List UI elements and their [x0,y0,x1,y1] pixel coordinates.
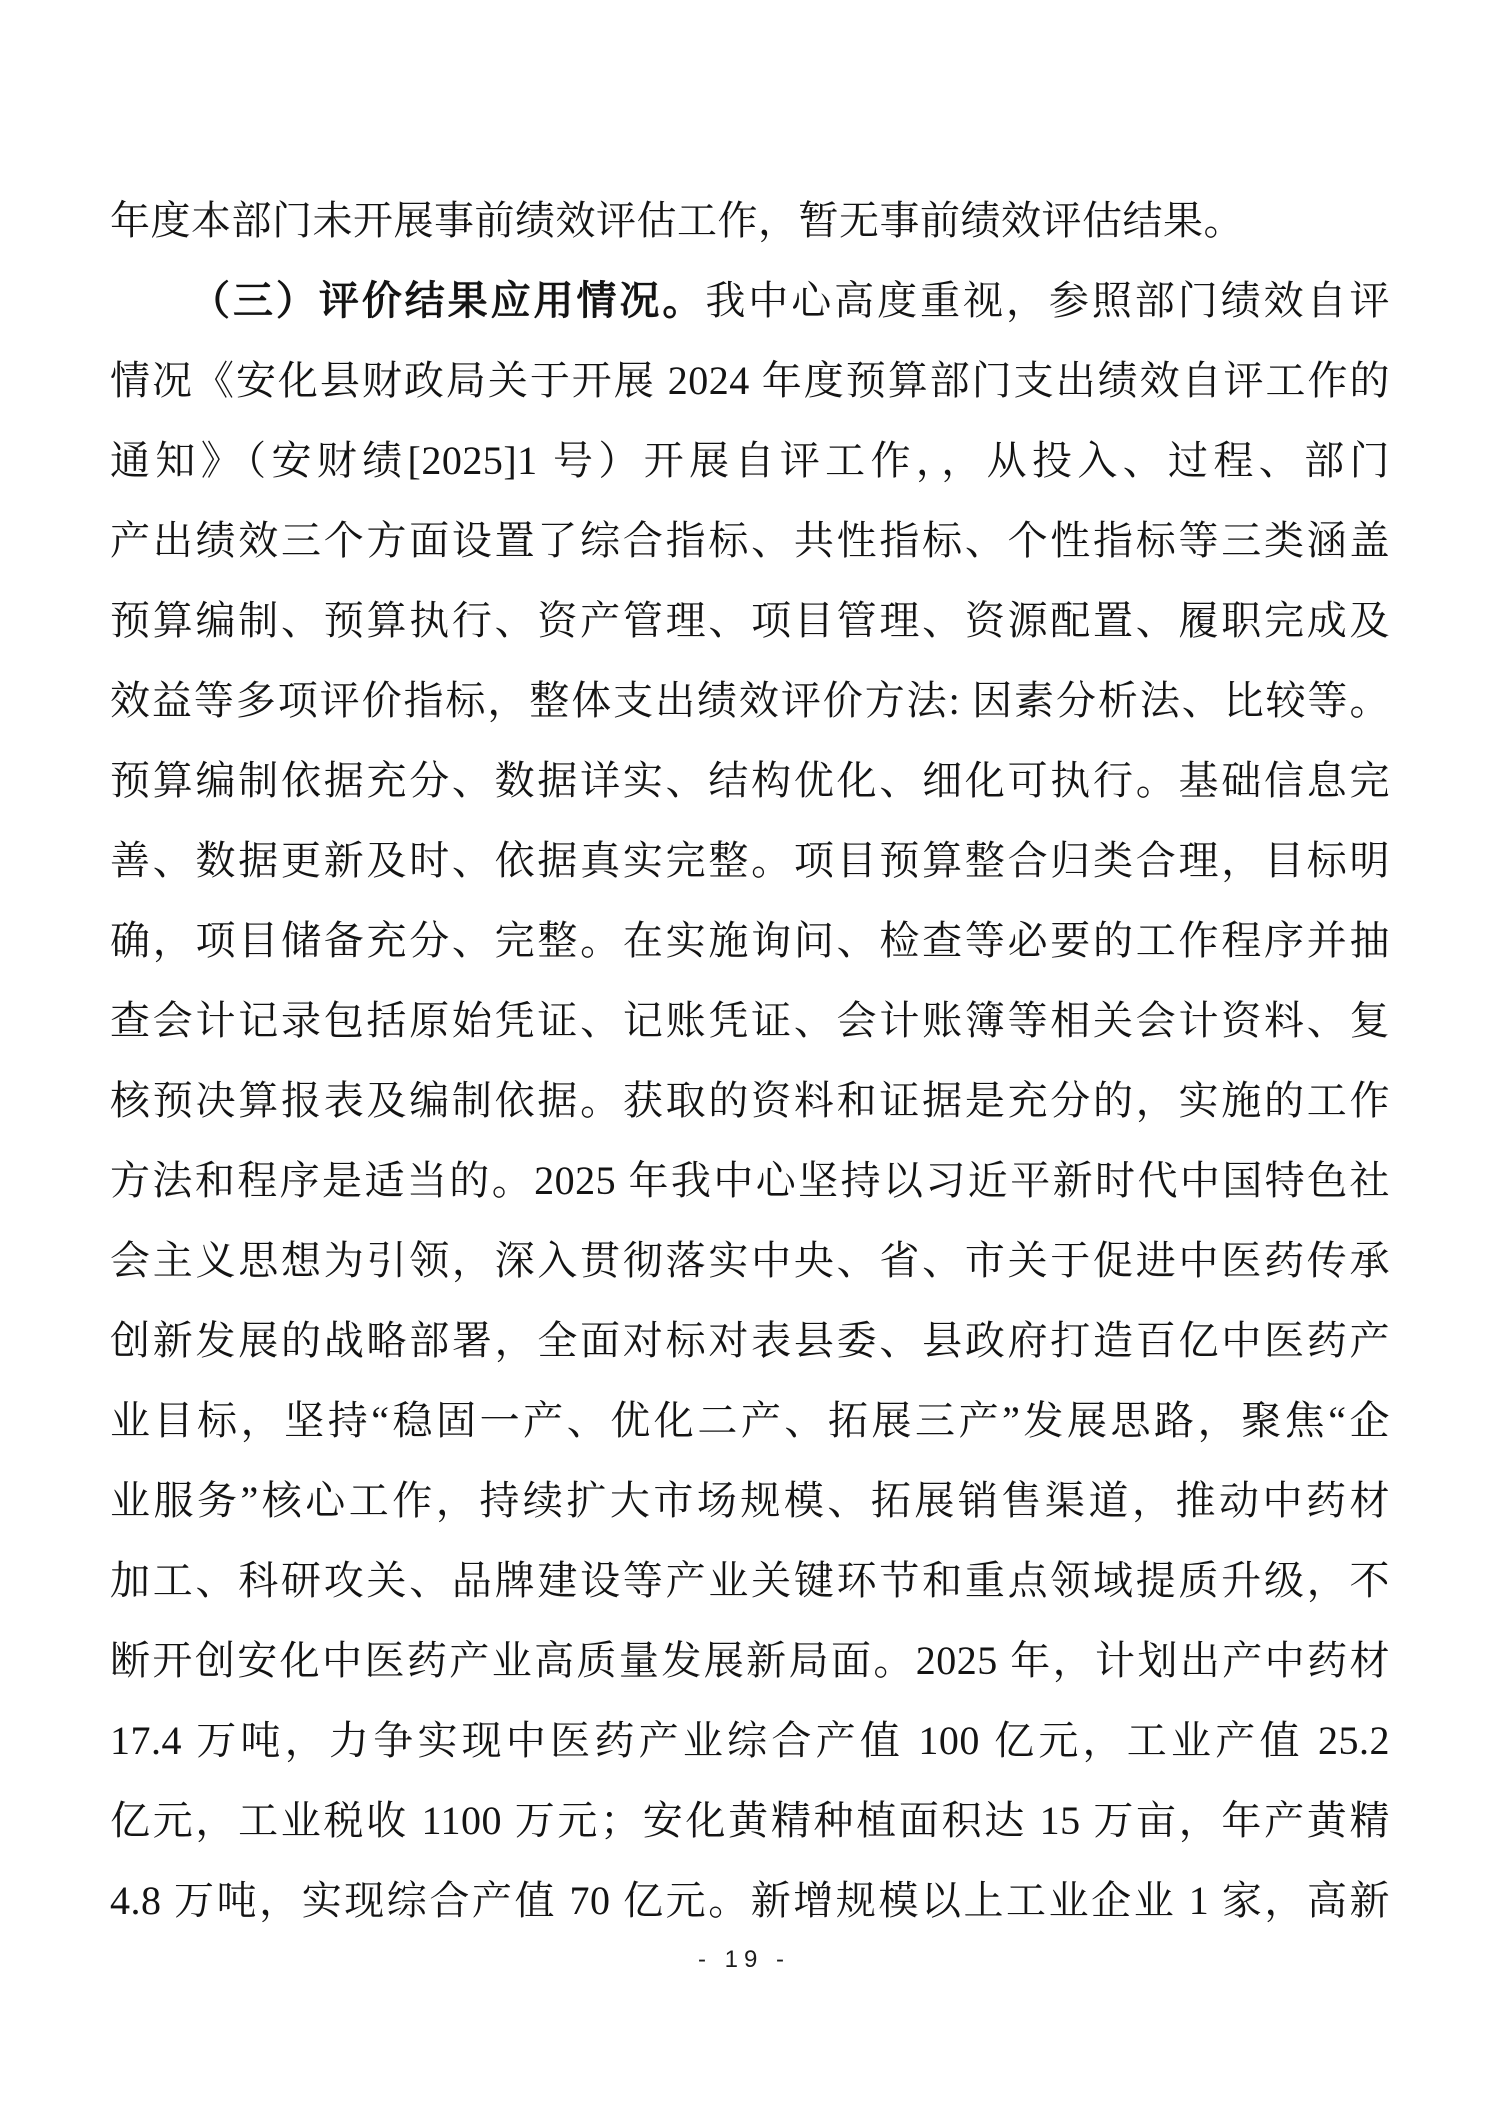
text-line: 加工、科研攻关、品牌建设等产业关键环节和重点领域提质升级，不 [110,1541,1390,1621]
text-line: 善、数据更新及时、依据真实完整。项目预算整合归类合理，目标明 [110,821,1390,901]
text-line: 情况《安化县财政局关于开展 2024 年度预算部门支出绩效自评工作的 [110,341,1390,421]
text-line: 查会计记录包括原始凭证、记账凭证、会计账簿等相关会计资料、复 [110,981,1390,1061]
text-line: 产出绩效三个方面设置了综合指标、共性指标、个性指标等三类涵盖 [110,501,1390,581]
text-line: 业目标，坚持“稳固一产、优化二产、拓展三产”发展思路，聚焦“企 [110,1381,1390,1461]
text-line: 效益等多项评价指标，整体支出绩效评价方法: 因素分析法、比较等。 [110,661,1390,741]
text-line: （三）评价结果应用情况。我中心高度重视，参照部门绩效自评 [110,261,1390,341]
document-body: 年度本部门未开展事前绩效评估工作，暂无事前绩效评估结果。（三）评价结果应用情况。… [110,181,1390,1941]
text-line: 业服务”核心工作，持续扩大市场规模、拓展销售渠道，推动中药材 [110,1461,1390,1541]
section-heading: （三）评价结果应用情况。 [190,278,705,323]
text-line: 年度本部门未开展事前绩效评估工作，暂无事前绩效评估结果。 [110,181,1390,261]
page-number: - 19 - [0,1946,1488,1974]
text-line: 17.4 万吨，力争实现中医药产业综合产值 100 亿元，工业产值 25.2 [110,1701,1390,1781]
text-line: 预算编制、预算执行、资产管理、项目管理、资源配置、履职完成及 [110,581,1390,661]
text-line: 方法和程序是适当的。2025 年我中心坚持以习近平新时代中国特色社 [110,1141,1390,1221]
text-line: 断开创安化中医药产业高质量发展新局面。2025 年，计划出产中药材 [110,1621,1390,1701]
text-line: 4.8 万吨，实现综合产值 70 亿元。新增规模以上工业企业 1 家，高新 [110,1861,1390,1941]
text-line: 会主义思想为引领，深入贯彻落实中央、省、市关于促进中医药传承 [110,1221,1390,1301]
text-line: 亿元，工业税收 1100 万元；安化黄精种植面积达 15 万亩，年产黄精 [110,1781,1390,1861]
text-line: 创新发展的战略部署，全面对标对表县委、县政府打造百亿中医药产 [110,1301,1390,1381]
text-line: 通知》（安财绩[2025]1 号）开展自评工作，，从投入、过程、部门 [110,421,1390,501]
text-line: 预算编制依据充分、数据详实、结构优化、细化可执行。基础信息完 [110,741,1390,821]
text-line: 核预决算报表及编制依据。获取的资料和证据是充分的，实施的工作 [110,1061,1390,1141]
document-page: 年度本部门未开展事前绩效评估工作，暂无事前绩效评估结果。（三）评价结果应用情况。… [0,0,1488,2104]
text-line: 确，项目储备充分、完整。在实施询问、检查等必要的工作程序并抽 [110,901,1390,981]
